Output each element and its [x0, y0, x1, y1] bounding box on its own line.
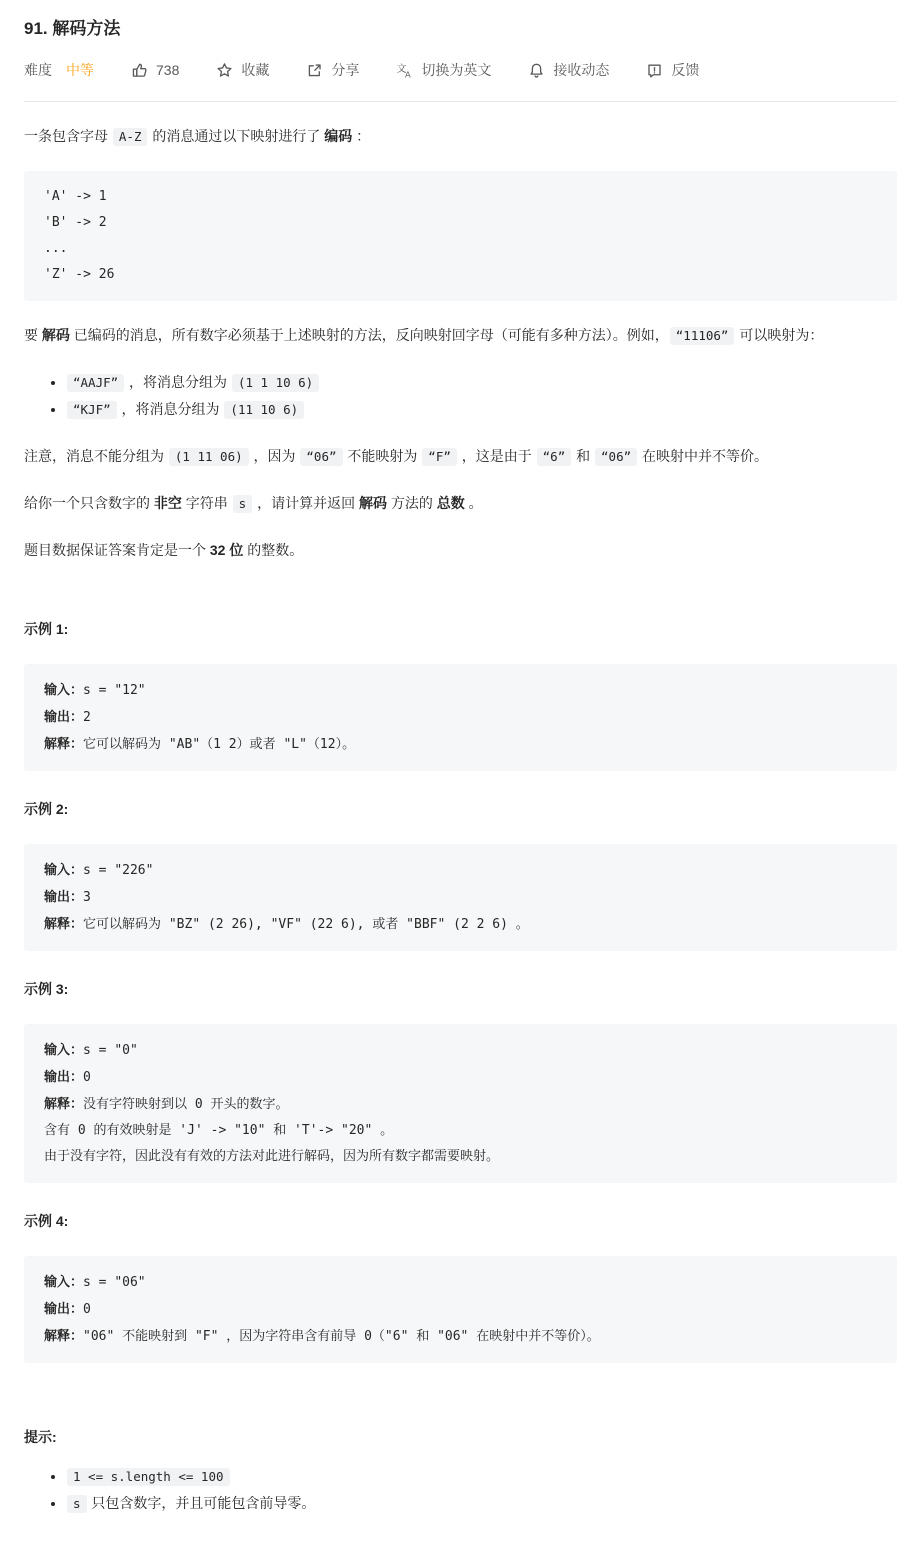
example-1-heading: 示例 1:: [24, 617, 897, 642]
example-1-block: 输入：s = "12" 输出：2 解释：它可以解码为 "AB"（1 2）或者 "…: [24, 664, 897, 771]
bold-text: 输出：: [44, 1069, 83, 1084]
share-label: 分享: [331, 60, 359, 80]
example-2-block: 输入：s = "226" 输出：3 解释：它可以解码为 "BZ" (2 26),…: [24, 844, 897, 951]
example-3-block: 输入：s = "0" 输出：0 解释：没有字符映射到以 0 开头的数字。 含有 …: [24, 1024, 897, 1183]
inline-code: “06”: [300, 448, 342, 466]
feedback-button[interactable]: 反馈: [646, 60, 699, 80]
inline-code: “11106”: [670, 327, 735, 345]
bold-text: 输入：: [44, 682, 83, 697]
inline-code: “6”: [537, 448, 572, 466]
example-4-heading: 示例 4:: [24, 1209, 897, 1234]
share-button[interactable]: 分享: [306, 60, 359, 80]
divider: [24, 101, 897, 102]
inline-code: (1 1 10 6): [232, 374, 319, 392]
translate-icon: 文A: [396, 62, 413, 79]
subscribe-button[interactable]: 接收动态: [528, 60, 609, 80]
favorite-label: 收藏: [241, 60, 269, 80]
inline-code: “AAJF”: [67, 374, 124, 392]
grouping-list: “AAJF” ，将消息分组为 (1 1 10 6) “KJF” ，将消息分组为 …: [24, 370, 897, 422]
star-icon: [216, 62, 233, 79]
translate-label: 切换为英文: [421, 60, 491, 80]
subscribe-label: 接收动态: [553, 60, 609, 80]
inline-code: (1 11 06): [169, 448, 249, 466]
bold-text: 输出：: [44, 1301, 83, 1316]
paragraph-note: 注意，消息不能分组为 (1 11 06) ，因为 “06” 不能映射为 “F” …: [24, 444, 897, 469]
problem-page: 91. 解码方法 难度 中等 738 收藏 分享 文A: [0, 0, 921, 1568]
bold-text: 输出：: [44, 709, 83, 724]
bold-text: 输入：: [44, 1042, 83, 1057]
toolbar: 难度 中等 738 收藏 分享 文A 切换为英文: [24, 60, 897, 80]
bold-text: 解码: [359, 495, 387, 511]
bold-text: 解释：: [44, 1096, 83, 1111]
bold-text: 解释：: [44, 1328, 83, 1343]
inline-code: “KJF”: [67, 401, 117, 419]
favorite-button[interactable]: 收藏: [216, 60, 269, 80]
example-4-block: 输入：s = "06" 输出：0 解释："06" 不能映射到 "F" ，因为字符…: [24, 1256, 897, 1363]
bold-text: 输出：: [44, 889, 83, 904]
bold-text: 编码: [324, 128, 352, 144]
problem-description: 一条包含字母 A-Z 的消息通过以下映射进行了 编码 ： 'A' -> 1 'B…: [24, 124, 897, 1516]
hints-heading: 提示:: [24, 1425, 897, 1450]
list-item-aajf: “AAJF” ，将消息分组为 (1 1 10 6): [66, 370, 897, 395]
inline-code: A-Z: [113, 128, 148, 146]
example-2-heading: 示例 2:: [24, 797, 897, 822]
inline-code: s: [67, 1495, 87, 1513]
bold-text: 解码: [42, 327, 70, 343]
bold-text: 输入：: [44, 1274, 83, 1289]
difficulty-label: 难度: [24, 60, 52, 80]
svg-text:A: A: [405, 69, 411, 79]
hints-list: 1 <= s.length <= 100 s 只包含数字，并且可能包含前导零。: [24, 1464, 897, 1516]
bold-text: 32 位: [210, 542, 243, 558]
inline-code: s: [233, 495, 253, 513]
thumbs-up-icon: [131, 62, 148, 79]
inline-code: (11 10 6): [224, 401, 304, 419]
paragraph-guarantee: 题目数据保证答案肯定是一个 32 位 的整数。: [24, 538, 897, 563]
share-icon: [306, 62, 323, 79]
feedback-icon: [646, 62, 663, 79]
page-title: 91. 解码方法: [24, 0, 897, 39]
difficulty-badge: 中等: [66, 60, 94, 80]
bell-icon: [528, 62, 545, 79]
paragraph-decode: 要 解码 已编码的消息，所有数字必须基于上述映射的方法，反向映射回字母（可能有多…: [24, 323, 897, 348]
difficulty: 难度 中等: [24, 60, 94, 80]
bold-text: 解释：: [44, 916, 83, 931]
translate-button[interactable]: 文A 切换为英文: [396, 60, 491, 80]
inline-code: “06”: [595, 448, 637, 466]
inline-code: “F”: [422, 448, 457, 466]
list-item-kjf: “KJF” ，将消息分组为 (11 10 6): [66, 397, 897, 422]
mapping-code-block: 'A' -> 1 'B' -> 2 ... 'Z' -> 26: [24, 171, 897, 301]
bold-text: 总数: [437, 495, 465, 511]
bold-text: 输入：: [44, 862, 83, 877]
hint-item-digits: s 只包含数字，并且可能包含前导零。: [66, 1491, 897, 1516]
like-count: 738: [156, 62, 179, 78]
example-3-heading: 示例 3:: [24, 977, 897, 1002]
like-button[interactable]: 738: [131, 62, 179, 79]
inline-code: 1 <= s.length <= 100: [67, 1468, 230, 1486]
bold-text: 非空: [154, 495, 182, 511]
hint-item-length: 1 <= s.length <= 100: [66, 1464, 897, 1489]
paragraph-intro: 一条包含字母 A-Z 的消息通过以下映射进行了 编码 ：: [24, 124, 897, 149]
feedback-label: 反馈: [671, 60, 699, 80]
paragraph-task: 给你一个只含数字的 非空 字符串 s ，请计算并返回 解码 方法的 总数 。: [24, 491, 897, 516]
bold-text: 解释：: [44, 736, 83, 751]
